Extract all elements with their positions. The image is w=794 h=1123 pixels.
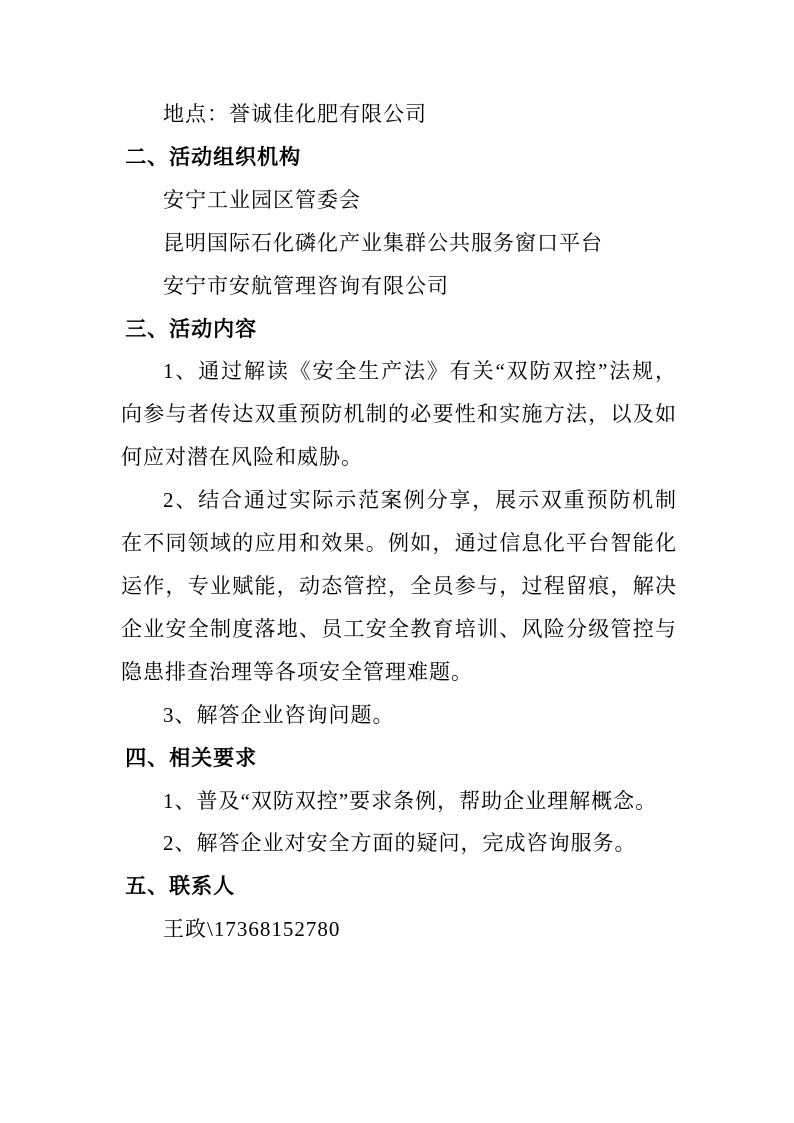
paragraph-requirement-2: 2、解答企业对安全方面的疑问，完成咨询服务。 — [121, 822, 677, 865]
document-page: 地点：誉诚佳化肥有限公司 二、活动组织机构 安宁工业园区管委会 昆明国际石化磷化… — [0, 0, 794, 1123]
paragraph-requirement-1: 1、普及“双防双控”要求条例，帮助企业理解概念。 — [121, 780, 677, 823]
paragraph-content-item-3: 3、解答企业咨询问题。 — [121, 694, 677, 737]
paragraph-content-item-2: 2、结合通过实际示范案例分享，展示双重预防机制在不同领域的应用和效果。例如，通过… — [121, 479, 677, 694]
section-heading-5: 五、联系人 — [121, 865, 677, 908]
section-heading-2: 二、活动组织机构 — [121, 136, 677, 179]
paragraph-organizer-3: 安宁市安航管理咨询有限公司 — [121, 265, 677, 308]
document-body: 地点：誉诚佳化肥有限公司 二、活动组织机构 安宁工业园区管委会 昆明国际石化磷化… — [121, 93, 677, 951]
section-heading-3: 三、活动内容 — [121, 308, 677, 351]
paragraph-location: 地点：誉诚佳化肥有限公司 — [121, 93, 677, 136]
paragraph-organizer-1: 安宁工业园区管委会 — [121, 179, 677, 222]
paragraph-contact-person: 王政\17368152780 — [121, 908, 677, 951]
section-heading-4: 四、相关要求 — [121, 737, 677, 780]
paragraph-content-item-1: 1、通过解读《安全生产法》有关“双防双控”法规，向参与者传达双重预防机制的必要性… — [121, 350, 677, 479]
paragraph-organizer-2: 昆明国际石化磷化产业集群公共服务窗口平台 — [121, 222, 677, 265]
